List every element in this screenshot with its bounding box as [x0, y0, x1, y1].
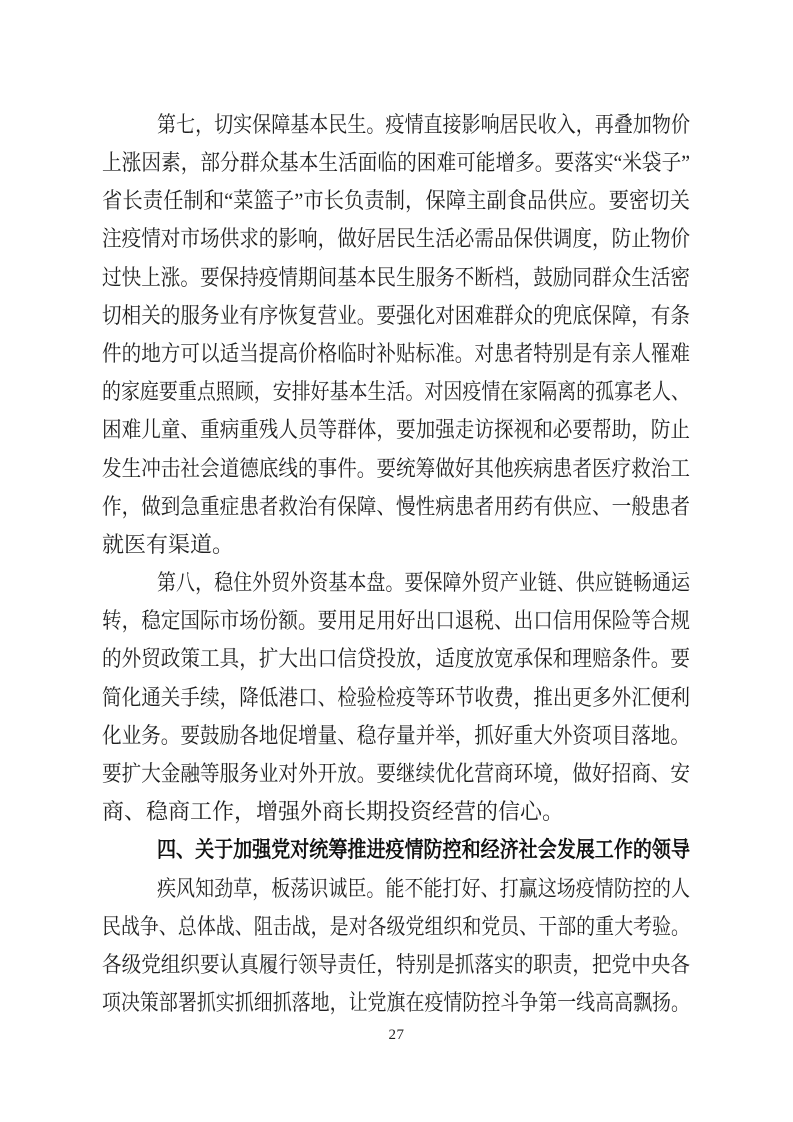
text-line: 要扩大金融等服务业对外开放。要继续优化营商环境，做好招商、安	[102, 753, 690, 791]
line-text: 注疫情对市场供求的影响，做好居民生活必需品保供调度，防止物价	[102, 220, 690, 258]
text-line: 困难儿童、重病重残人员等群体，要加强走访探视和必要帮助，防止	[102, 410, 690, 448]
text-line: 件的地方可以适当提高价格临时补贴标准。对患者特别是有亲人罹难	[102, 333, 690, 371]
text-line: 民战争、总体战、阻击战，是对各级党组织和党员、干部的重大考验。	[102, 906, 690, 944]
text-line: 第七，切实保障基本民生。疫情直接影响居民收入，再叠加物价	[102, 104, 690, 142]
line-text: 民战争、总体战、阻击战，是对各级党组织和党员、干部的重大考验。	[102, 908, 690, 946]
text-line: 省长责任制和“菜篮子”市长负责制，保障主副食品供应。要密切关	[102, 180, 690, 218]
line-text: 简化通关手续，降低港口、检验检疫等环节收费，推出更多外汇便利	[102, 679, 690, 717]
text-line: 过快上涨。要保持疫情期间基本民生服务不断档，鼓励同群众生活密	[102, 257, 690, 295]
paragraph-party-leadership: 疾风知劲草，板荡识诚臣。能不能打好、打赢这场疫情防控的人民战争、总体战、阻击战，…	[102, 868, 690, 1021]
line-text: 项决策部署抓实抓细抓落地，让党旗在疫情防控斗争第一线高高飘扬。	[102, 984, 690, 1022]
line-text: 就医有渠道。	[102, 526, 234, 564]
line-text: 要扩大金融等服务业对外开放。要继续优化营商环境，做好招商、安	[102, 755, 690, 793]
paragraph-seventh-basic-livelihood: 第七，切实保障基本民生。疫情直接影响居民收入，再叠加物价上涨因素，部分群众基本生…	[102, 104, 690, 562]
line-text: 第七，切实保障基本民生。疫情直接影响居民收入，再叠加物价	[157, 106, 690, 144]
line-text: 困难儿童、重病重残人员等群体，要加强走访探视和必要帮助，防止	[102, 411, 690, 449]
line-text: 上涨因素，部分群众基本生活面临的困难可能增多。要落实“米袋子”	[102, 144, 690, 182]
text-line: 转，稳定国际市场份额。要用足用好出口退税、出口信用保险等合规	[102, 600, 690, 638]
text-line: 第八，稳住外贸外资基本盘。要保障外贸产业链、供应链畅通运	[102, 562, 690, 600]
text-line: 商、稳商工作，增强外商长期投资经营的信心。	[102, 791, 690, 829]
text-line: 注疫情对市场供求的影响，做好居民生活必需品保供调度，防止物价	[102, 219, 690, 257]
text-line: 就医有渠道。	[102, 524, 690, 562]
line-text: 化业务。要鼓励各地促增量、稳存量并举，抓好重大外资项目落地。	[102, 717, 690, 755]
line-text: 省长责任制和“菜篮子”市长负责制，保障主副食品供应。要密切关	[102, 182, 690, 220]
line-text: 第八，稳住外贸外资基本盘。要保障外贸产业链、供应链畅通运	[157, 564, 690, 602]
line-text: 件的地方可以适当提高价格临时补贴标准。对患者特别是有亲人罹难	[102, 335, 690, 373]
section-heading-line: 四、关于加强党对统筹推进疫情防控和经济社会发展工作的领导	[102, 830, 690, 868]
document-body: 第七，切实保障基本民生。疫情直接影响居民收入，再叠加物价上涨因素，部分群众基本生…	[102, 104, 690, 1021]
line-text: 的外贸政策工具，扩大出口信贷投放，适度放宽承保和理赔条件。要	[102, 640, 690, 678]
text-line: 疾风知劲草，板荡识诚臣。能不能打好、打赢这场疫情防控的人	[102, 868, 690, 906]
paragraph-eighth-foreign-trade: 第八，稳住外贸外资基本盘。要保障外贸产业链、供应链畅通运转，稳定国际市场份额。要…	[102, 562, 690, 829]
text-line: 的外贸政策工具，扩大出口信贷投放，适度放宽承保和理赔条件。要	[102, 639, 690, 677]
line-text: 过快上涨。要保持疫情期间基本民生服务不断档，鼓励同群众生活密	[102, 259, 690, 297]
text-line: 发生冲击社会道德底线的事件。要统筹做好其他疾病患者医疗救治工	[102, 448, 690, 486]
text-line: 的家庭要重点照顾，安排好基本生活。对因疫情在家隔离的孤寡老人、	[102, 371, 690, 409]
text-line: 简化通关手续，降低港口、检验检疫等环节收费，推出更多外汇便利	[102, 677, 690, 715]
document-page: 第七，切实保障基本民生。疫情直接影响居民收入，再叠加物价上涨因素，部分群众基本生…	[0, 0, 793, 1122]
text-line: 作，做到急重症患者救治有保障、慢性病患者用药有供应、一般患者	[102, 486, 690, 524]
line-text: 转，稳定国际市场份额。要用足用好出口退税、出口信用保险等合规	[102, 602, 690, 640]
line-text: 切相关的服务业有序恢复营业。要强化对困难群众的兜底保障，有条	[102, 297, 690, 335]
line-text: 的家庭要重点照顾，安排好基本生活。对因疫情在家隔离的孤寡老人、	[102, 373, 690, 411]
page-number: 27	[389, 1027, 405, 1043]
line-text: 各级党组织要认真履行领导责任，特别是抓落实的职责，把党中央各	[102, 946, 690, 984]
text-line: 切相关的服务业有序恢复营业。要强化对困难群众的兜底保障，有条	[102, 295, 690, 333]
line-text: 疾风知劲草，板荡识诚臣。能不能打好、打赢这场疫情防控的人	[157, 870, 690, 908]
page-footer: 27	[0, 1026, 793, 1044]
text-line: 各级党组织要认真履行领导责任，特别是抓落实的职责，把党中央各	[102, 944, 690, 982]
text-line: 化业务。要鼓励各地促增量、稳存量并举，抓好重大外资项目落地。	[102, 715, 690, 753]
line-text: 四、关于加强党对统筹推进疫情防控和经济社会发展工作的领导	[157, 831, 690, 869]
line-text: 商、稳商工作，增强外商长期投资经营的信心。	[102, 793, 564, 831]
line-text: 发生冲击社会道德底线的事件。要统筹做好其他疾病患者医疗救治工	[102, 450, 690, 488]
text-line: 上涨因素，部分群众基本生活面临的困难可能增多。要落实“米袋子”	[102, 142, 690, 180]
text-line: 项决策部署抓实抓细抓落地，让党旗在疫情防控斗争第一线高高飘扬。	[102, 982, 690, 1020]
line-text: 作，做到急重症患者救治有保障、慢性病患者用药有供应、一般患者	[102, 488, 690, 526]
section-heading-four: 四、关于加强党对统筹推进疫情防控和经济社会发展工作的领导	[102, 830, 690, 868]
